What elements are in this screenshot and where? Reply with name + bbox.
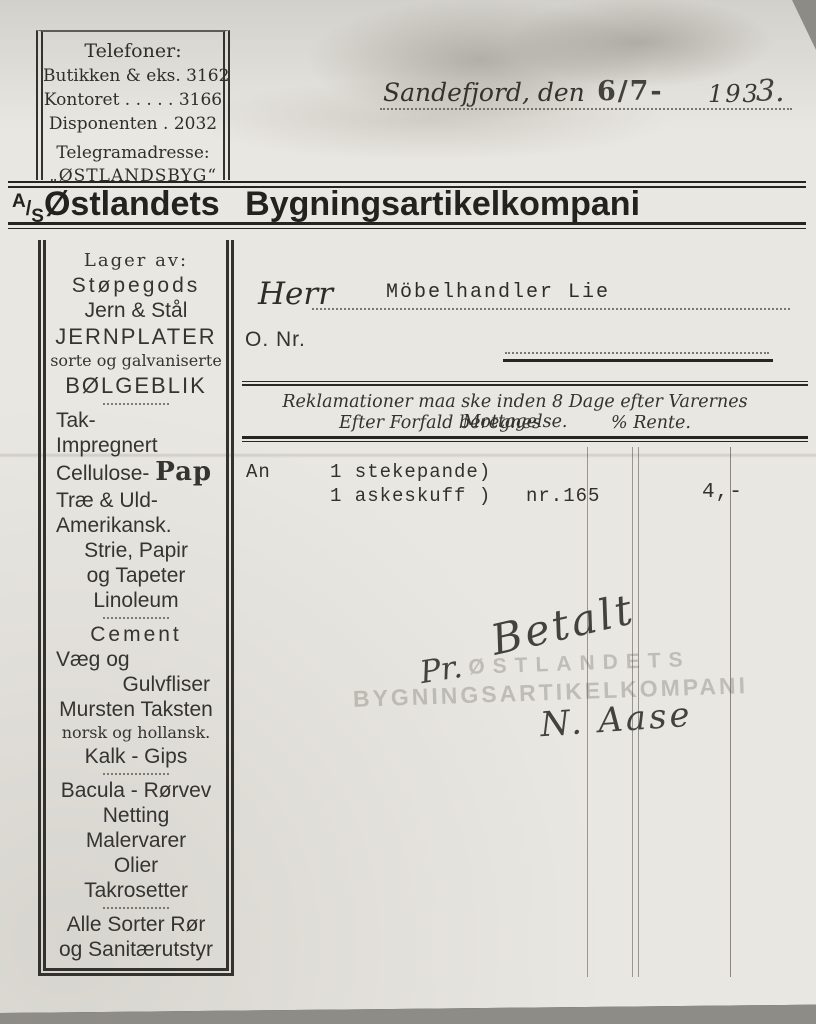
company-prefix-as: A/S bbox=[12, 198, 44, 220]
stock-item: Impregnert bbox=[46, 433, 226, 458]
scanned-invoice-paper: Telefoner: Butikken & eks. 3162 Kontoret… bbox=[0, 0, 816, 1024]
ledger-prefix: An bbox=[246, 461, 271, 483]
stock-item: Netting bbox=[46, 803, 226, 828]
stock-item: og Tapeter bbox=[46, 563, 226, 588]
dotted-separator bbox=[103, 403, 169, 405]
stock-item: norsk og hollansk. bbox=[46, 722, 226, 744]
date-place-label: Sandefjord, den bbox=[383, 78, 585, 107]
stock-item: Gulvfliser bbox=[46, 672, 226, 697]
date-year-handwritten: 3. bbox=[756, 74, 785, 109]
stock-item: Tak- bbox=[46, 408, 226, 433]
invoice-item-ref: nr.165 bbox=[526, 485, 600, 507]
stock-item: Mursten Taksten bbox=[46, 697, 226, 722]
phone-line-shop: Butikken & eks. 3162 bbox=[43, 64, 223, 88]
stock-item-pap: Pap bbox=[155, 457, 212, 487]
per-note-handwritten: Pr. bbox=[417, 649, 464, 691]
company-stamp: ØSTLANDETS BYGNINGSARTIKELKOMPANI bbox=[339, 645, 761, 714]
terms-top-rule bbox=[242, 381, 808, 386]
dotted-separator bbox=[103, 907, 169, 909]
stock-item: sorte og galvaniserte bbox=[46, 350, 226, 372]
stock-item: Væg og bbox=[46, 647, 226, 672]
contact-info-box: Telefoner: Butikken & eks. 3162 Kontoret… bbox=[36, 30, 230, 180]
stock-item: Kalk - Gips bbox=[46, 744, 226, 769]
date-day-handwritten: 6/7- bbox=[597, 76, 664, 107]
stock-item: Strie, Papir bbox=[46, 538, 226, 563]
scan-corner-notch bbox=[736, 0, 816, 50]
stock-item: Cement bbox=[46, 622, 226, 647]
invoice-line: 1 askeskuff ) bbox=[330, 485, 491, 507]
stock-item: Støpegods bbox=[46, 273, 226, 298]
column-rule bbox=[730, 447, 731, 977]
dotted-separator bbox=[103, 773, 169, 775]
recipient-dotted-line bbox=[312, 308, 790, 310]
stock-item: Amerikansk. bbox=[46, 513, 226, 538]
stock-item: Alle Sorter Rør bbox=[46, 912, 226, 937]
date-year-printed: 193 bbox=[708, 80, 760, 108]
stock-item: Cellulose- Pap bbox=[46, 458, 226, 488]
terms-text-line2: Efter Forfald beregnes% Rente. bbox=[250, 413, 780, 433]
stock-list-sidebar: Lager av: Støpegods Jern & Stål JERNPLAT… bbox=[38, 240, 234, 976]
stock-item: Olier bbox=[46, 853, 226, 878]
order-number-label: O. Nr. bbox=[245, 328, 306, 352]
invoice-amount: 4,- bbox=[702, 481, 743, 504]
stock-item: Træ & Uld- bbox=[46, 488, 226, 513]
stock-item: BØLGEBLIK bbox=[46, 372, 226, 399]
stock-item: Bacula - Rørvev bbox=[46, 778, 226, 803]
salutation-label: Herr bbox=[258, 276, 333, 312]
stock-item: Takrosetter bbox=[46, 878, 226, 903]
stock-item: Jern & Stål bbox=[46, 298, 226, 323]
stock-list-heading: Lager av: bbox=[46, 248, 226, 273]
telegram-label: Telegramadresse: bbox=[43, 142, 223, 165]
dotted-separator bbox=[103, 617, 169, 619]
date-dotted-line bbox=[380, 108, 792, 110]
invoice-line: 1 stekepande) bbox=[330, 461, 491, 483]
order-dotted-line bbox=[505, 352, 769, 354]
stock-item: Linoleum bbox=[46, 588, 226, 613]
terms-bottom-rule bbox=[242, 436, 808, 442]
recipient-name: Möbelhandler Lie bbox=[386, 281, 610, 304]
header-bottom-rule bbox=[8, 222, 806, 229]
company-name-text: Østlandets Bygningsartikelkompani bbox=[44, 185, 640, 223]
telephones-heading: Telefoner: bbox=[43, 39, 223, 64]
stock-item: Malervarer bbox=[46, 828, 226, 853]
order-solid-line bbox=[503, 359, 773, 362]
phone-line-manager: Disponenten . 2032 bbox=[43, 112, 223, 136]
stock-item: JERNPLATER bbox=[46, 323, 226, 350]
phone-line-office: Kontoret . . . . . 3166 bbox=[43, 88, 223, 112]
stock-item: og Sanitærutstyr bbox=[46, 937, 226, 962]
scan-background-strip bbox=[0, 1002, 816, 1024]
